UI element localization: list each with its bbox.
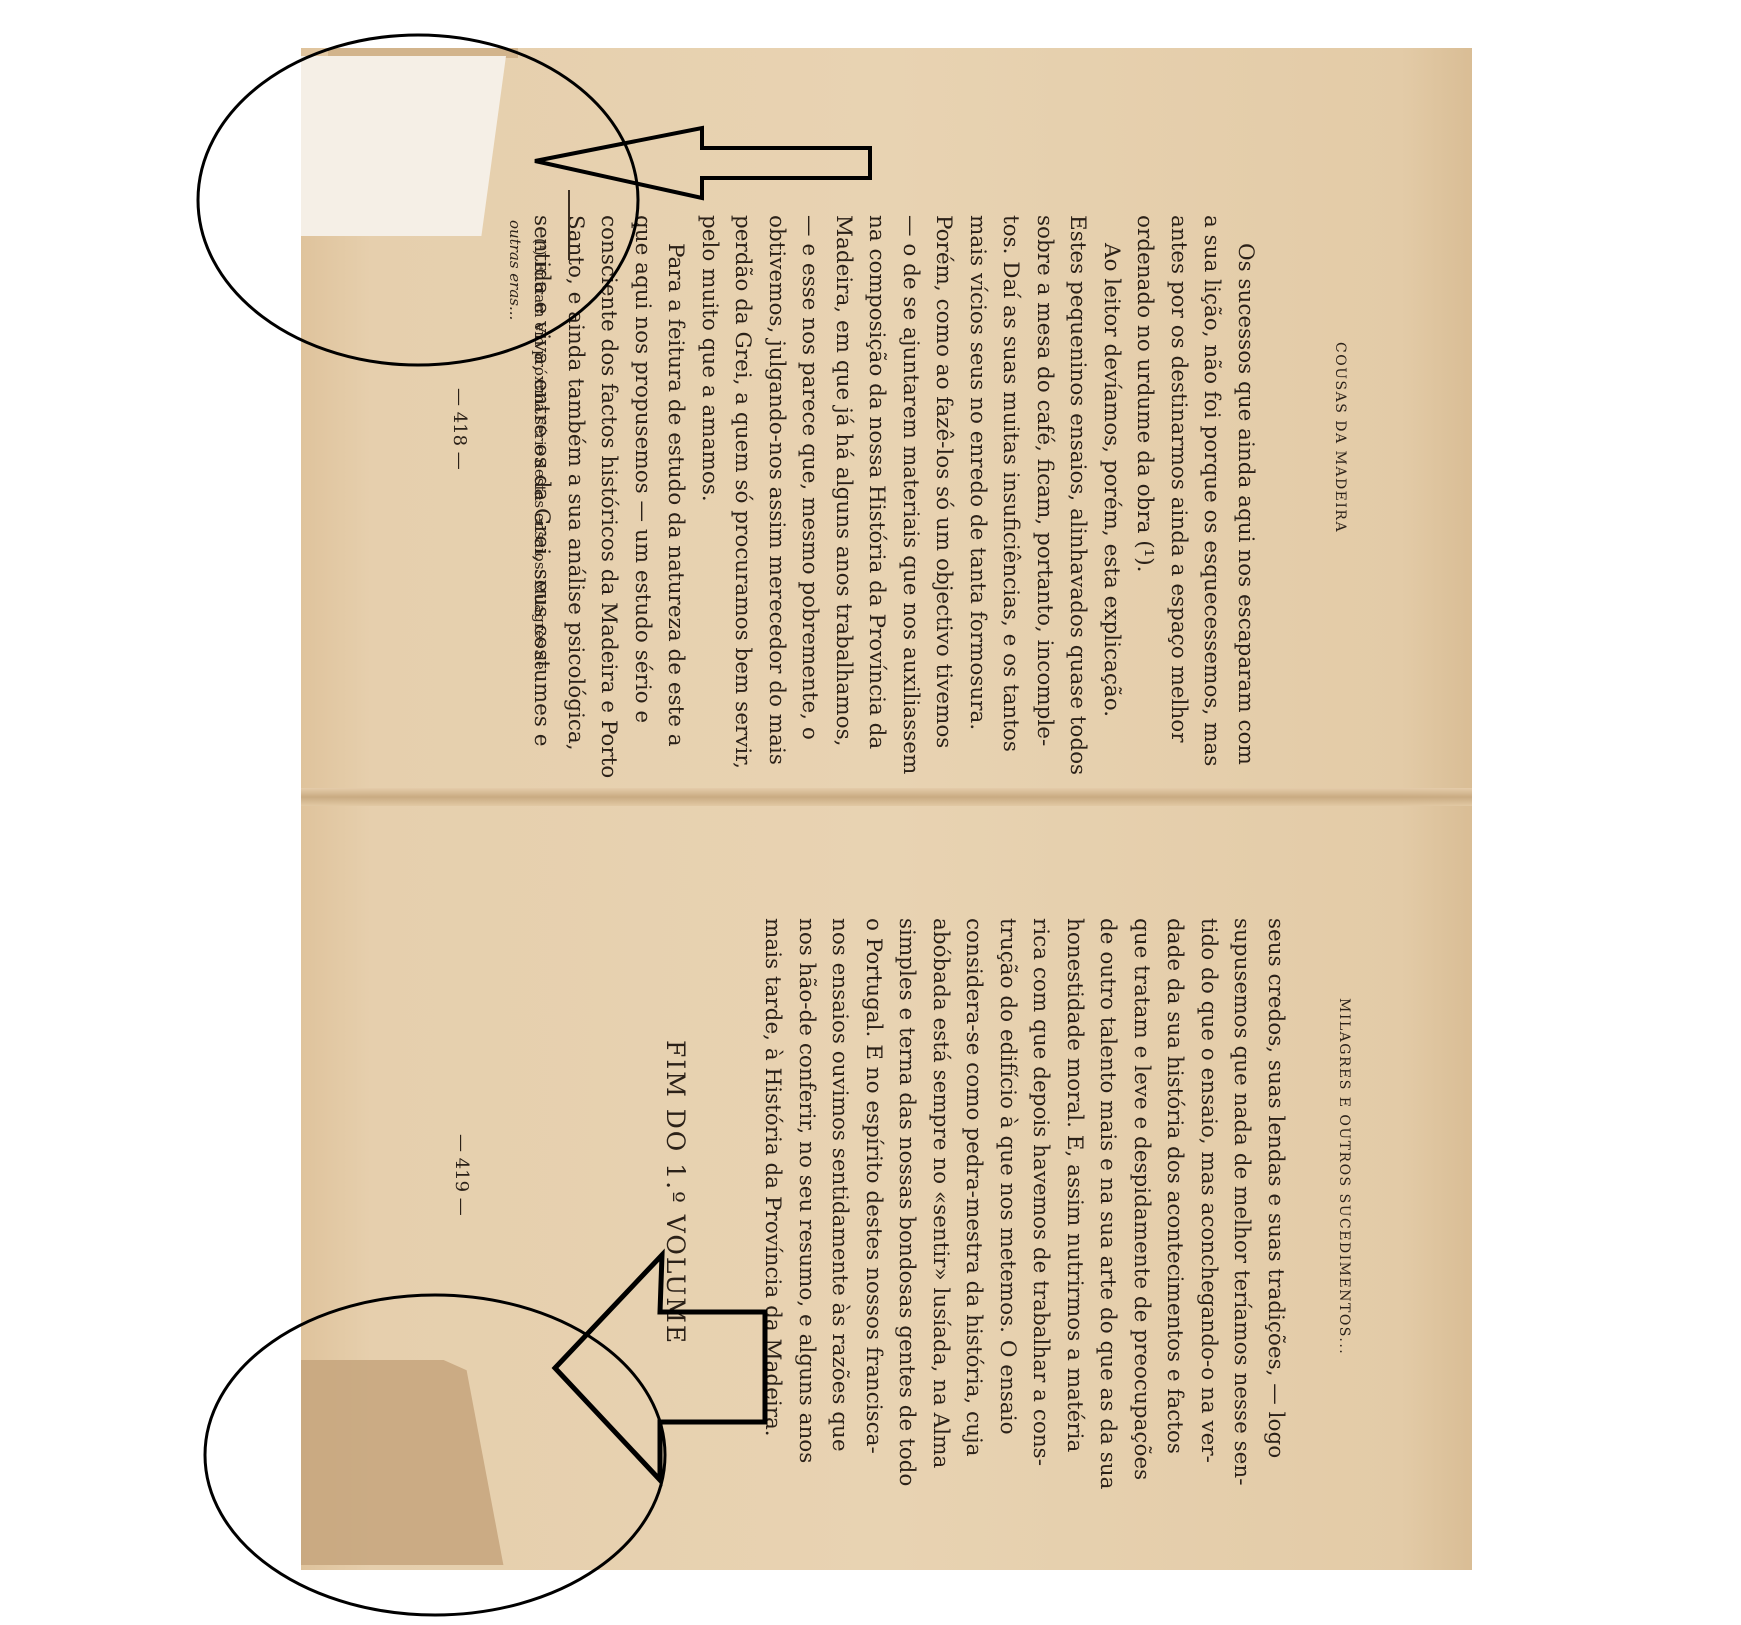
- text-line: honestidade moral. E, assim nutrirmos a …: [1058, 918, 1092, 1403]
- text-line: nos ensaios ouvimos sentidamente às razõ…: [823, 918, 857, 1403]
- text-line: mais vícios seus no enredo de tanta form…: [961, 215, 995, 700]
- text-line: trução do edifício à que nos metemos. O …: [991, 918, 1025, 1403]
- text-line: Santo, e ainda também a sua análise psic…: [559, 215, 593, 700]
- text-line: na composição da nossa História da Proví…: [860, 215, 894, 700]
- footnote-line: outras eras...: [502, 220, 527, 670]
- text-line: antes por os destinarmos ainda a espaço …: [1162, 215, 1196, 700]
- text-line: Ao leitor devíamos, porém, esta explicaç…: [1095, 215, 1129, 700]
- text-line: Porém, como ao fazê-los só um objectivo …: [927, 215, 961, 700]
- footnote-rule: [568, 190, 570, 260]
- text-line: pelo muito que a amamos.: [693, 215, 727, 700]
- text-line: abóbada está sempre no «sentir» lusíada,…: [924, 918, 958, 1403]
- text-line: tos. Daí as suas muitas insuficiências, …: [994, 215, 1028, 700]
- text-line: nos hão-de conferir, no seu resumo, e al…: [790, 918, 824, 1403]
- running-head-419: MILAGRES E OUTROS SUCEDIMENTOS...: [1336, 998, 1352, 1355]
- text-line: Para a feitura de estudo da natureza de …: [659, 215, 693, 700]
- text-line: dade da sua história dos acontecimentos …: [1158, 918, 1192, 1403]
- text-line: Estes pequeninos ensaios, alinhavados qu…: [1061, 215, 1095, 700]
- page-number-419: — 419 —: [451, 1134, 472, 1216]
- text-line: obtivemos, julgando-nos assim merecedor …: [760, 215, 794, 700]
- text-line: de outro talento mais e na sua arte do q…: [1091, 918, 1125, 1403]
- text-line: consciente dos factos históricos da Made…: [592, 215, 626, 700]
- text-line: rica com que depois havemos de trabalhar…: [1024, 918, 1058, 1403]
- missing-corner-patch: [301, 56, 506, 236]
- footnote-line: (¹) Entram em próxima série destes ensai…: [527, 220, 552, 670]
- text-line: considera-se como pedra-mestra da histór…: [957, 918, 991, 1403]
- text-line: supusemos que nada de melhor teríamos ne…: [1225, 918, 1259, 1403]
- text-line: o Portugal. E no espírito destes nossos …: [857, 918, 891, 1403]
- end-of-volume-mark: FIM DO 1.º VOLUME: [661, 1040, 690, 1345]
- text-line: — e esse nos parece que, mesmo pobrement…: [793, 215, 827, 700]
- text-line: simples e terna das nossas bondosas gent…: [890, 918, 924, 1403]
- text-line: ordenado no urdume da obra (¹).: [1128, 215, 1162, 700]
- body-text-419: seus credos, suas lendas e suas tradiçõe…: [756, 918, 1292, 1403]
- text-line: — o de se ajuntarem materiais que nos au…: [894, 215, 928, 700]
- body-text-418: Os sucessos que ainda aqui nos escaparam…: [525, 215, 1262, 700]
- footnote-418: (¹) Entram em próxima série destes ensai…: [502, 220, 552, 670]
- text-line: que tratam e leve e despidamente de preo…: [1125, 918, 1159, 1403]
- running-head-418: COUSAS DA MADEIRA: [1332, 342, 1348, 533]
- text-line: mais tarde, à História da Província da M…: [756, 918, 790, 1403]
- text-line: seus credos, suas lendas e suas tradiçõe…: [1259, 918, 1293, 1403]
- page-fold: [301, 788, 1472, 806]
- text-line: sobre a mesa do café, ficam, portanto, i…: [1028, 215, 1062, 700]
- text-line: Madeira, em que já há alguns anos trabal…: [827, 215, 861, 700]
- text-line: Os sucessos que ainda aqui nos escaparam…: [1229, 215, 1263, 700]
- page-number-418: — 418 —: [449, 388, 470, 470]
- text-line: a sua lição, não foi porque os esquecess…: [1195, 215, 1229, 700]
- text-line: tido do que o ensaio, mas aconchegando-o…: [1192, 918, 1226, 1403]
- text-line: que aqui nos propusemos — um estudo séri…: [626, 215, 660, 700]
- text-line: perdão da Grei, a quem só procuramos bem…: [726, 215, 760, 700]
